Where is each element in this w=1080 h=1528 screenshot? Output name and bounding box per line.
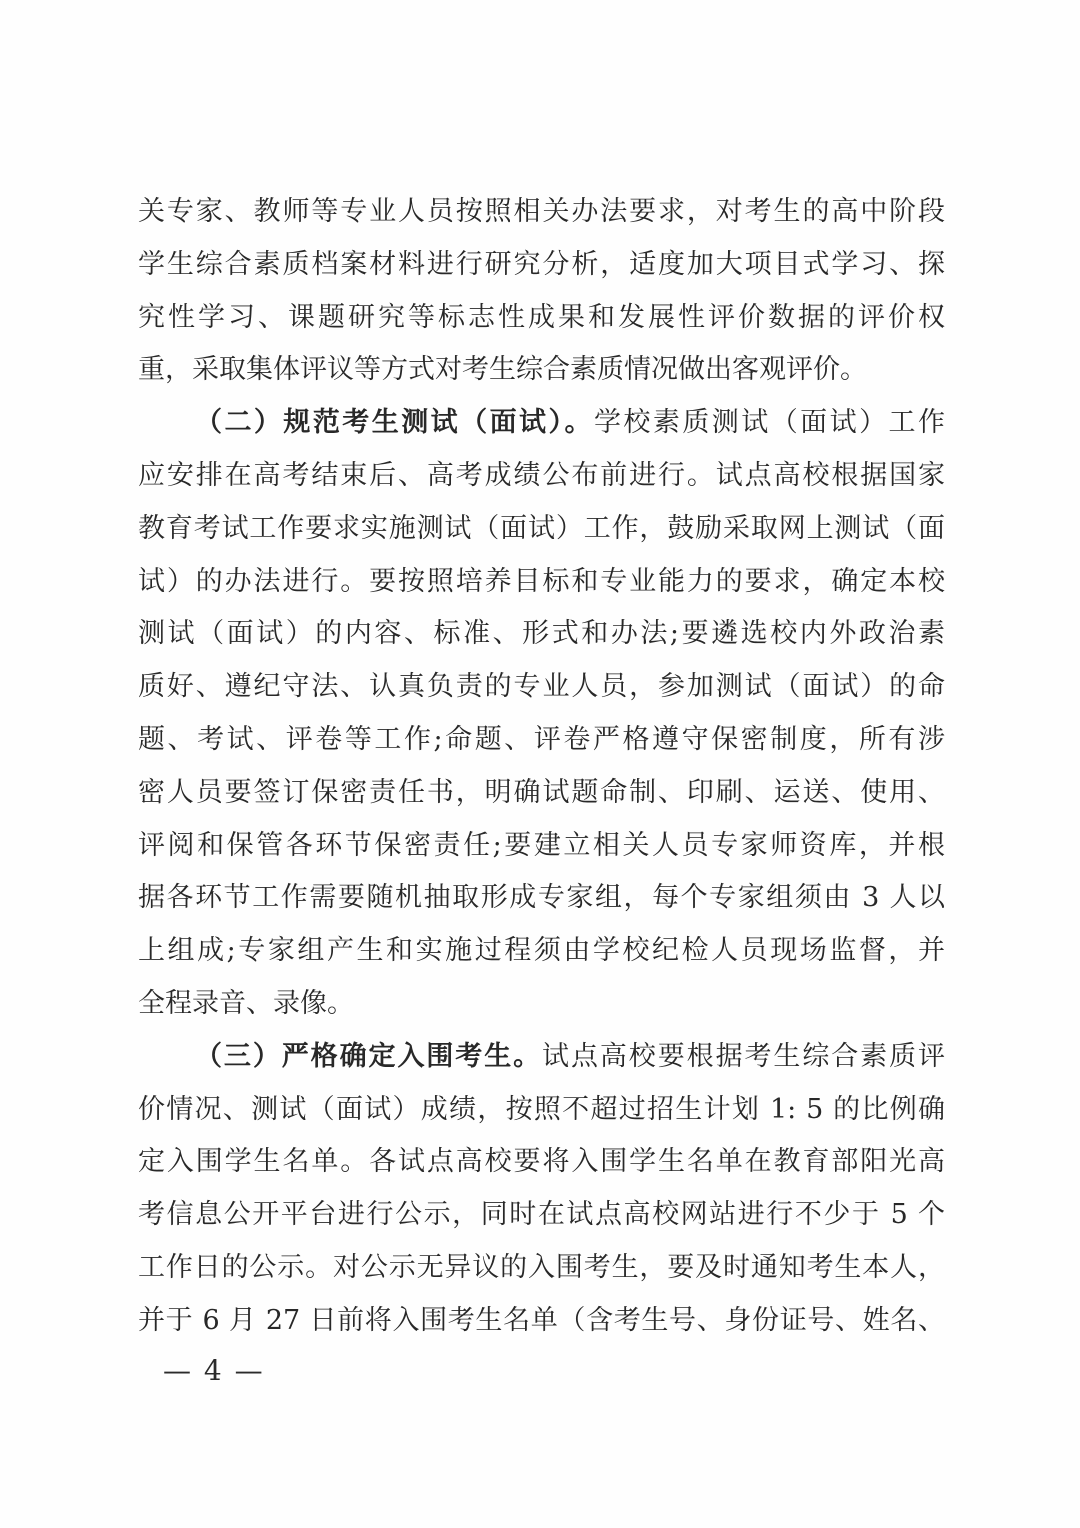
line-text: 试）的办法进行。要按照培养目标和专业能力的要求，确定本校 bbox=[138, 566, 945, 597]
document-page: 关专家、教师等专业人员按照相关办法要求，对考生的高中阶段学生综合素质档案材料进行… bbox=[0, 0, 1080, 1528]
text-line: 究性学习、课题研究等标志性成果和发展性评价数据的评价权 bbox=[138, 292, 945, 345]
line-text: 试点高校要根据考生综合素质评 bbox=[542, 1041, 945, 1072]
line-text: 密人员要签订保密责任书，明确试题命制、印刷、运送、使用、 bbox=[138, 777, 945, 808]
text-line: 测试（面试）的内容、标准、形式和办法;要遴选校内外政治素 bbox=[138, 608, 945, 661]
line-text: 全程录音、录像。 bbox=[138, 988, 354, 1019]
text-line: 定入围学生名单。各试点高校要将入围学生名单在教育部阳光高 bbox=[138, 1136, 945, 1189]
text-line: 并于 6 月 27 日前将入围考生名单（含考生号、身份证号、姓名、 bbox=[138, 1295, 945, 1348]
text-line: 试）的办法进行。要按照培养目标和专业能力的要求，确定本校 bbox=[138, 556, 945, 609]
text-line: 价情况、测试（面试）成绩，按照不超过招生计划 1: 5 的比例确 bbox=[138, 1084, 945, 1137]
text-line: 质好、遵纪守法、认真负责的专业人员，参加测试（面试）的命 bbox=[138, 661, 945, 714]
line-text: 质好、遵纪守法、认真负责的专业人员，参加测试（面试）的命 bbox=[138, 671, 945, 702]
text-line: 评阅和保管各环节保密责任;要建立相关人员专家师资库，并根 bbox=[138, 820, 945, 873]
page-number: — 4 — bbox=[163, 1351, 265, 1391]
text-line: 应安排在高考结束后、高考成绩公布前进行。试点高校根据国家 bbox=[138, 450, 945, 503]
paragraph-heading: （二）规范考生测试（面试）。 bbox=[195, 407, 594, 438]
line-text: 上组成;专家组产生和实施过程须由学校纪检人员现场监督，并 bbox=[138, 935, 945, 966]
line-text: 并于 6 月 27 日前将入围考生名单（含考生号、身份证号、姓名、 bbox=[138, 1305, 945, 1336]
line-text: 据各环节工作需要随机抽取形成专家组，每个专家组须由 3 人以 bbox=[138, 882, 945, 913]
text-line: 学生综合素质档案材料进行研究分析，适度加大项目式学习、探 bbox=[138, 239, 945, 292]
text-line: 上组成;专家组产生和实施过程须由学校纪检人员现场监督，并 bbox=[138, 925, 945, 978]
text-line: 重，采取集体评议等方式对考生综合素质情况做出客观评价。 bbox=[138, 344, 945, 397]
text-line: 关专家、教师等专业人员按照相关办法要求，对考生的高中阶段 bbox=[138, 186, 945, 239]
line-text: 考信息公开平台进行公示，同时在试点高校网站进行不少于 5 个 bbox=[138, 1199, 945, 1230]
line-text: 定入围学生名单。各试点高校要将入围学生名单在教育部阳光高 bbox=[138, 1146, 945, 1177]
line-text: 学校素质测试（面试）工作 bbox=[594, 407, 945, 438]
line-text: 关专家、教师等专业人员按照相关办法要求，对考生的高中阶段 bbox=[138, 196, 945, 227]
line-text: 学生综合素质档案材料进行研究分析，适度加大项目式学习、探 bbox=[138, 249, 945, 280]
text-line: 教育考试工作要求实施测试（面试）工作，鼓励采取网上测试（面 bbox=[138, 503, 945, 556]
text-line: （二）规范考生测试（面试）。学校素质测试（面试）工作 bbox=[138, 397, 945, 450]
line-text: 价情况、测试（面试）成绩，按照不超过招生计划 1: 5 的比例确 bbox=[138, 1094, 945, 1125]
text-line: 题、考试、评卷等工作;命题、评卷严格遵守保密制度，所有涉 bbox=[138, 714, 945, 767]
paragraph-heading: （三）严格确定入围考生。 bbox=[195, 1041, 542, 1072]
text-line: 工作日的公示。对公示无异议的入围考生，要及时通知考生本人， bbox=[138, 1242, 945, 1295]
line-text: 工作日的公示。对公示无异议的入围考生，要及时通知考生本人， bbox=[138, 1252, 945, 1283]
text-line: 考信息公开平台进行公示，同时在试点高校网站进行不少于 5 个 bbox=[138, 1189, 945, 1242]
line-text: 教育考试工作要求实施测试（面试）工作，鼓励采取网上测试（面 bbox=[138, 513, 945, 544]
text-line: 据各环节工作需要随机抽取形成专家组，每个专家组须由 3 人以 bbox=[138, 872, 945, 925]
text-lines: 关专家、教师等专业人员按照相关办法要求，对考生的高中阶段学生综合素质档案材料进行… bbox=[138, 186, 945, 1348]
line-text: 题、考试、评卷等工作;命题、评卷严格遵守保密制度，所有涉 bbox=[138, 724, 945, 755]
line-text: 测试（面试）的内容、标准、形式和办法;要遴选校内外政治素 bbox=[138, 618, 945, 649]
line-text: 究性学习、课题研究等标志性成果和发展性评价数据的评价权 bbox=[138, 302, 945, 333]
text-line: 全程录音、录像。 bbox=[138, 978, 945, 1031]
line-text: 评阅和保管各环节保密责任;要建立相关人员专家师资库，并根 bbox=[138, 830, 945, 861]
line-text: 应安排在高考结束后、高考成绩公布前进行。试点高校根据国家 bbox=[138, 460, 945, 491]
line-text: 重，采取集体评议等方式对考生综合素质情况做出客观评价。 bbox=[138, 354, 867, 385]
text-line: 密人员要签订保密责任书，明确试题命制、印刷、运送、使用、 bbox=[138, 767, 945, 820]
text-line: （三）严格确定入围考生。试点高校要根据考生综合素质评 bbox=[138, 1031, 945, 1084]
